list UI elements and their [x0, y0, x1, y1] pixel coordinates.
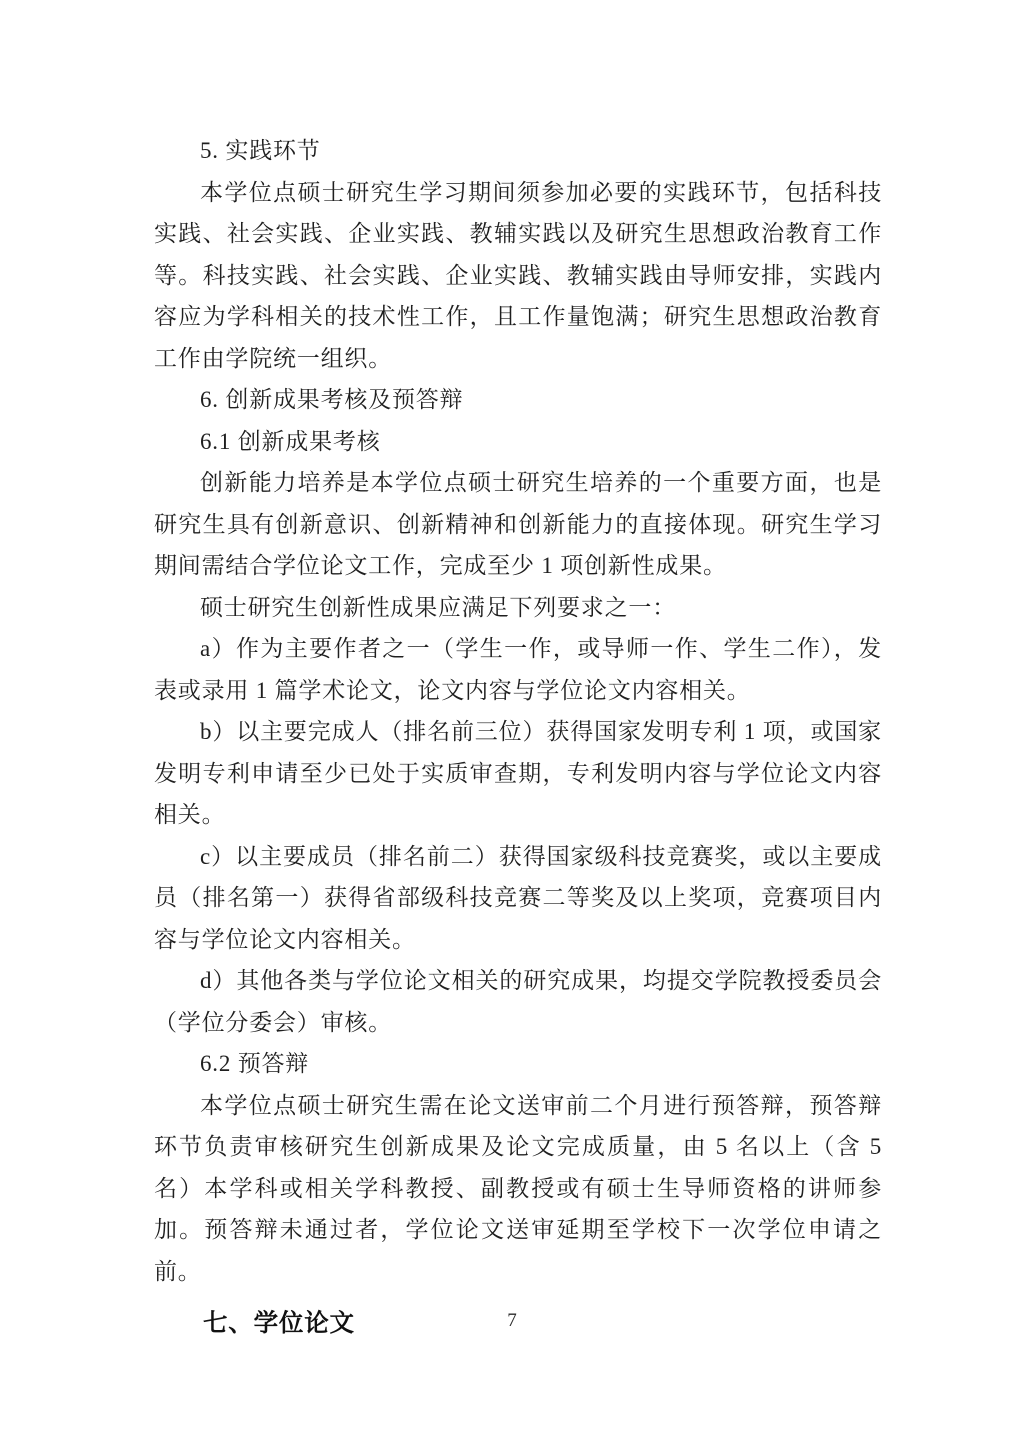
list-item-c-competition-award: c）以主要成员（排名前二）获得国家级科技竞赛奖，或以主要成员（排名第一）获得省部… [154, 836, 882, 961]
paragraph-innovation-requirement-intro: 硕士研究生创新性成果应满足下列要求之一： [154, 587, 882, 629]
heading-6-2-pre-defense: 6.2 预答辩 [154, 1043, 882, 1085]
list-item-b-invention-patent: b）以主要完成人（排名前三位）获得国家发明专利 1 项，或国家发明专利申请至少已… [154, 711, 882, 836]
document-body: 5. 实践环节 本学位点硕士研究生学习期间须参加必要的实践环节，包括科技实践、社… [154, 130, 882, 1345]
paragraph-practice-requirements: 本学位点硕士研究生学习期间须参加必要的实践环节，包括科技实践、社会实践、企业实践… [154, 172, 882, 380]
heading-5-practice: 5. 实践环节 [154, 130, 882, 172]
heading-6-1-innovation-review: 6.1 创新成果考核 [154, 421, 882, 463]
heading-6-innovation-assessment: 6. 创新成果考核及预答辩 [154, 379, 882, 421]
paragraph-innovation-ability: 创新能力培养是本学位点硕士研究生培养的一个重要方面，也是研究生具有创新意识、创新… [154, 462, 882, 587]
document-page: 5. 实践环节 本学位点硕士研究生学习期间须参加必要的实践环节，包括科技实践、社… [0, 0, 1024, 1448]
paragraph-pre-defense-rules: 本学位点硕士研究生需在论文送审前二个月进行预答辩，预答辩环节负责审核研究生创新成… [154, 1085, 882, 1293]
list-item-a-academic-paper: a）作为主要作者之一（学生一作，或导师一作、学生二作），发表或录用 1 篇学术论… [154, 628, 882, 711]
page-number: 7 [0, 1310, 1024, 1332]
list-item-d-other-results: d）其他各类与学位论文相关的研究成果，均提交学院教授委员会（学位分委会）审核。 [154, 960, 882, 1043]
